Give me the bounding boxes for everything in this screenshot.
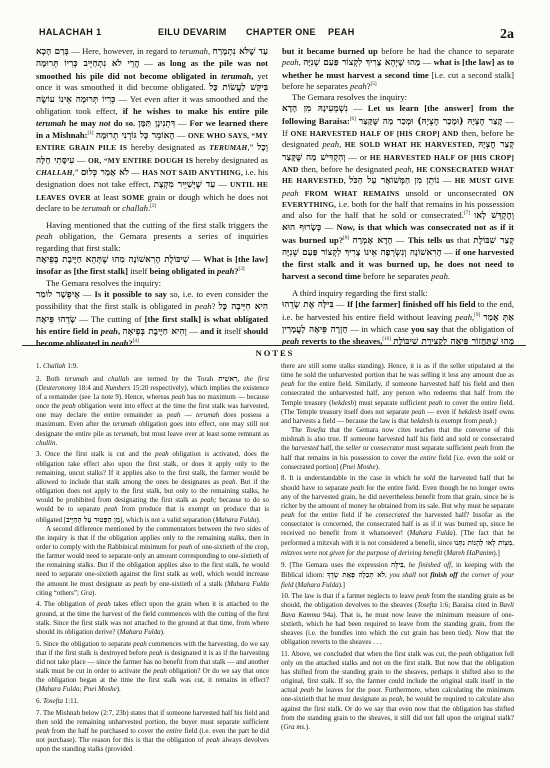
paragraph: 8. It is understandable in the case in w… bbox=[281, 474, 514, 557]
paragraph: 7. The Mishnah below (2:7, 23b) states t… bbox=[36, 709, 269, 755]
header-tractate: PEAH bbox=[328, 27, 355, 37]
notes-left-column: 1. Challah 1:9.2. Both terumah and chall… bbox=[36, 362, 269, 760]
paragraph: The Tosefta that the Gemara now cites te… bbox=[281, 426, 514, 472]
header-folio-number: 2a bbox=[500, 27, 514, 43]
header-halachah: HALACHAH 1 bbox=[39, 27, 102, 37]
header-chapter: CHAPTER ONE bbox=[246, 27, 316, 37]
paragraph: Having mentioned that the cutting of the… bbox=[36, 220, 268, 254]
main-translation-text: בְּרַם הָכָא — Here, however, in regard … bbox=[36, 46, 514, 346]
paragraph: שִׁיבּוֹלֶת הָרִאשׁוֹנָה מַהוּ שֶׁתְּהֵא… bbox=[36, 254, 268, 278]
paragraph: The Gemara resolves the inquiry: bbox=[282, 92, 514, 103]
paragraph: 2. Both terumah and challah are termed b… bbox=[36, 374, 269, 448]
paragraph: 11. Above, we concluded that when the fi… bbox=[281, 650, 514, 732]
paragraph: 1. Challah 1:9. bbox=[36, 362, 269, 371]
paragraph: בִּילָּה אֶת שָׂדֵהוּ — If [the farmer] … bbox=[282, 299, 514, 346]
notes-right-column: there are still some stalks standing). H… bbox=[281, 362, 514, 760]
notes-section-label: NOTES bbox=[0, 348, 550, 358]
paragraph: 6. Tosefta 1:11. bbox=[36, 697, 269, 706]
talmud-page: HALACHAH 1 EILU DEVARIM CHAPTER ONE PEAH… bbox=[0, 0, 550, 768]
paragraph: The Gemara resolves the inquiry: bbox=[36, 278, 268, 289]
page-header: HALACHAH 1 EILU DEVARIM CHAPTER ONE PEAH… bbox=[36, 27, 514, 41]
paragraph: בְּרַם הָכָא — Here, however, in regard … bbox=[36, 46, 268, 214]
paragraph: there are still some stalks standing). H… bbox=[281, 362, 514, 426]
header-perek-name: EILU DEVARIM bbox=[158, 27, 227, 37]
paragraph: A third inquiry regarding the first stal… bbox=[282, 288, 514, 299]
paragraph: 9. [The Gemara uses the expression בִּיל… bbox=[281, 560, 514, 589]
paragraph: 3. Once the first stalk is cut and the p… bbox=[36, 450, 269, 524]
paragraph: 4. The obligation of peah takes effect u… bbox=[36, 600, 269, 637]
main-text-left-column: בְּרַם הָכָא — Here, however, in regard … bbox=[36, 46, 268, 346]
paragraph: but it became burned up before he had th… bbox=[282, 46, 514, 92]
paragraph: נִשְׁמְעִינָהּ מִן הָדָא — Let us learn … bbox=[282, 103, 514, 281]
paragraph: 5. Since the obligation to separate peah… bbox=[36, 640, 269, 695]
paragraph: אֶיפְשָׁר לוֹמַר — Is it possible to say… bbox=[36, 289, 268, 346]
paragraph: 10. The law is that if a farmer neglects… bbox=[281, 592, 514, 647]
footnotes-section: 1. Challah 1:9.2. Both terumah and chall… bbox=[36, 362, 514, 760]
main-text-right-column: but it became burned up before he had th… bbox=[282, 46, 514, 346]
notes-divider-rule bbox=[22, 345, 526, 346]
paragraph: A second difference mentioned by the com… bbox=[36, 525, 269, 598]
